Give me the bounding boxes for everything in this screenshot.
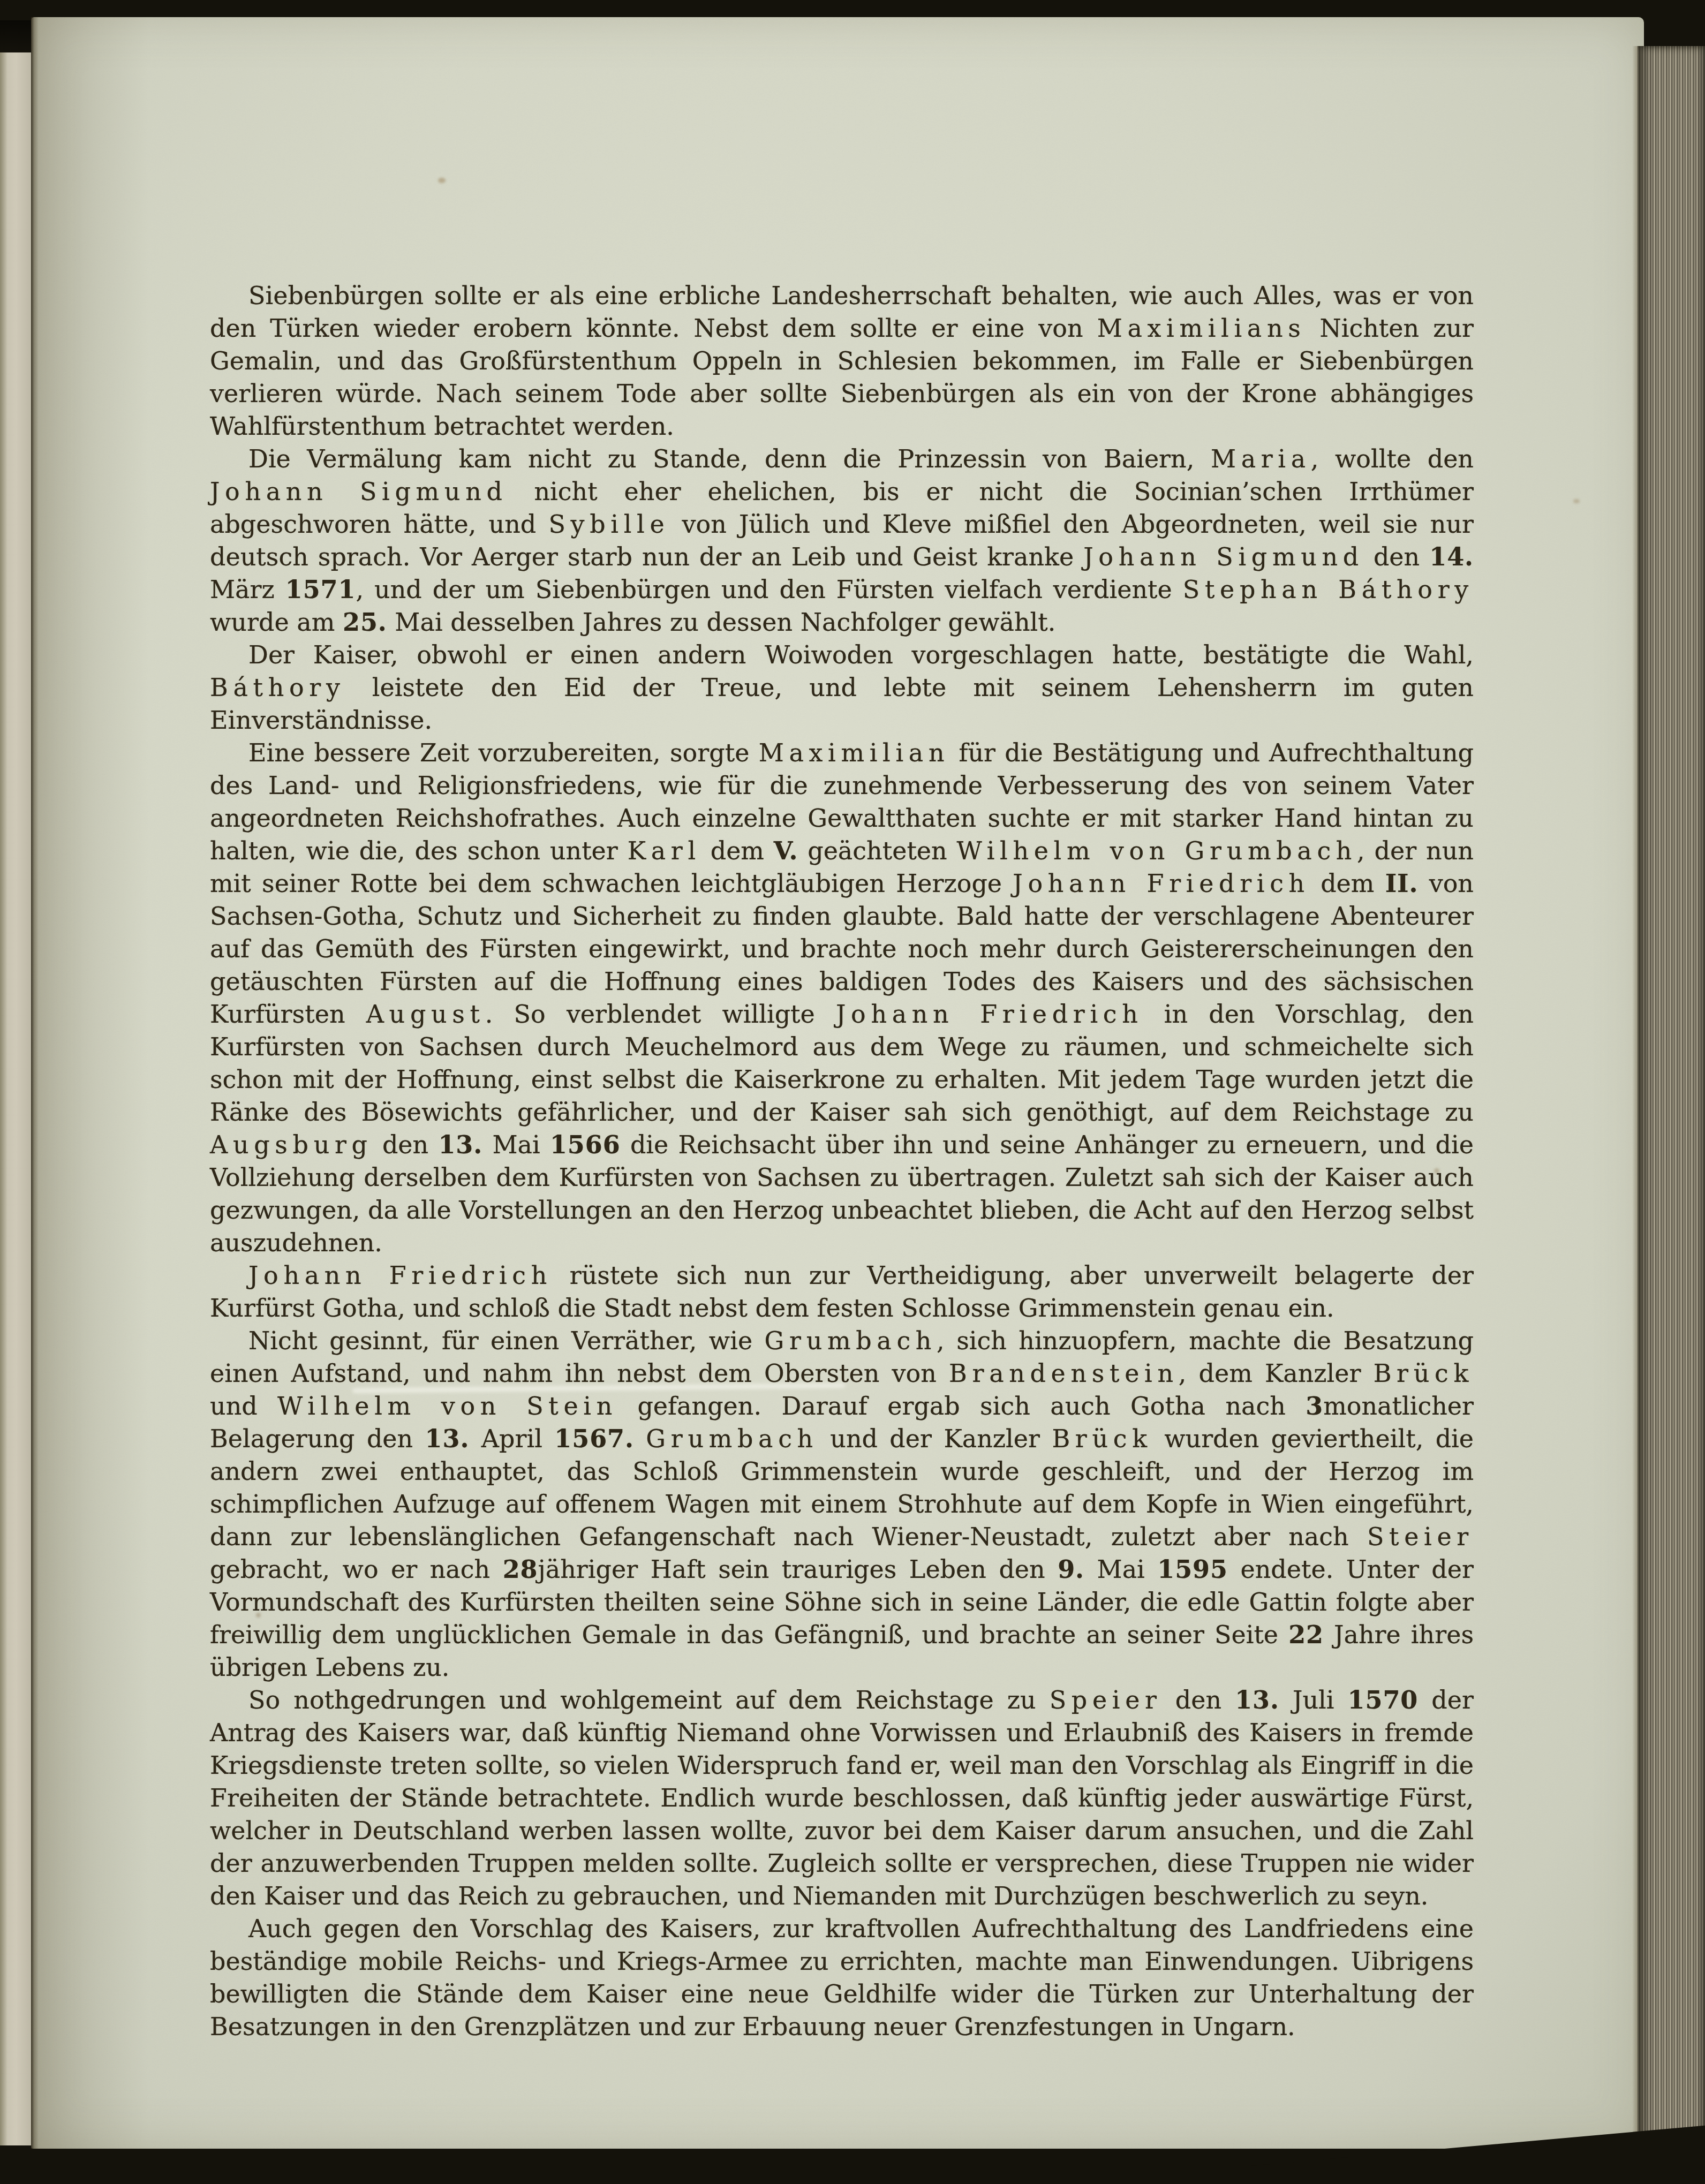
body-text: Auch gegen den Vorschlag des Kaisers, zu… <box>210 1914 1474 2041</box>
bold-numeral: 13. <box>438 1130 482 1159</box>
body-text: den <box>1364 542 1429 571</box>
spaced-name: Stephan Báthory <box>1183 575 1474 604</box>
bold-numeral: 13. <box>1235 1686 1279 1714</box>
left-page-edge <box>0 52 31 2145</box>
body-text: , wollte den <box>1311 444 1474 473</box>
body-text: So nothgedrungen und wohlgemeint auf dem… <box>248 1686 1050 1714</box>
body-text: Die Vermälung kam nicht zu Stande, denn … <box>248 444 1211 473</box>
body-text: dem <box>701 836 774 865</box>
paragraph: Siebenbürgen sollte er als eine erbliche… <box>210 279 1474 443</box>
body-text: leistete den Eid der Treue, und lebte mi… <box>210 673 1474 735</box>
spaced-name: Maximilian <box>759 738 950 767</box>
body-text: dem <box>1310 869 1385 898</box>
book-page: Siebenbürgen sollte er als eine erbliche… <box>31 17 1644 2149</box>
bold-numeral: 13. <box>425 1424 470 1453</box>
body-text <box>634 1424 646 1453</box>
body-text: , dem Kanzler <box>1179 1359 1374 1388</box>
spaced-name: Johann Friedrich <box>1013 869 1310 898</box>
body-text: März <box>210 575 285 604</box>
spaced-name: Speier <box>1050 1686 1162 1714</box>
spaced-name: Sybille <box>548 510 669 539</box>
spaced-name: Maximilians <box>1097 314 1306 343</box>
body-text: Nicht gesinnt, für einen Verräther, wie <box>248 1326 765 1355</box>
spaced-name: Augsburg <box>210 1130 373 1159</box>
body-text: Eine bessere Zeit vorzubereiten, sorgte <box>248 738 759 767</box>
body-text: geächteten <box>798 836 956 865</box>
spaced-name: Brandenstein <box>949 1359 1179 1388</box>
gutter-crease <box>31 17 39 2149</box>
bold-numeral: 9. <box>1058 1555 1084 1584</box>
spaced-name: August <box>366 1000 485 1029</box>
spaced-name: Báthory <box>210 673 345 702</box>
bold-numeral: V. <box>774 836 798 865</box>
bold-numeral: 22 <box>1288 1620 1324 1649</box>
body-text: , und der um Siebenbürgen und den Fürste… <box>356 575 1182 604</box>
body-text: und <box>210 1392 277 1420</box>
bold-numeral: 1595 <box>1157 1555 1228 1584</box>
paragraph: Auch gegen den Vorschlag des Kaisers, zu… <box>210 1913 1474 2043</box>
body-text: gefangen. Darauf ergab sich auch Gotha n… <box>617 1392 1306 1420</box>
bold-numeral: 28 <box>503 1555 538 1584</box>
paragraph: Der Kaiser, obwohl er einen andern Woiwo… <box>210 639 1474 737</box>
spaced-name: Maria <box>1211 444 1311 473</box>
body-text: jähriger Haft sein trauriges Leben den <box>538 1555 1058 1584</box>
body-text: Mai desselben Jahres zu dessen Nachfolge… <box>387 608 1056 637</box>
body-text: gebracht, wo er nach <box>210 1555 503 1584</box>
bold-numeral: 25. <box>343 608 387 637</box>
paragraph: Eine bessere Zeit vorzubereiten, sorgte … <box>210 737 1474 1259</box>
text-block: Siebenbürgen sollte er als eine erbliche… <box>210 279 1474 2043</box>
bold-numeral: 1566 <box>550 1130 621 1159</box>
spaced-name: Karl <box>628 836 701 865</box>
body-text: Mai <box>1084 1555 1157 1584</box>
spaced-name: Johann Sigmund <box>1083 542 1364 571</box>
spaced-name: Wilhelm von Stein <box>277 1392 617 1420</box>
spaced-name: Brück <box>1374 1359 1474 1388</box>
body-text: Mai <box>482 1130 550 1159</box>
body-text: den <box>373 1130 439 1159</box>
body-text: April <box>469 1424 554 1453</box>
bold-numeral: 1567. <box>554 1424 634 1453</box>
paragraph: So nothgedrungen und wohlgemeint auf dem… <box>210 1684 1474 1913</box>
body-text: wurde am <box>210 608 343 637</box>
bold-numeral: II. <box>1385 869 1419 898</box>
spaced-name: Brück <box>1052 1424 1152 1453</box>
body-text: und der Kanzler <box>818 1424 1052 1453</box>
fore-edge-pages <box>1638 46 1705 2141</box>
bold-numeral: 1570 <box>1348 1686 1419 1714</box>
paragraph: Johann Friedrich rüstete sich nun zur Ve… <box>210 1259 1474 1325</box>
foxing-spot <box>1573 499 1580 503</box>
gutter-shadow <box>31 17 149 2149</box>
spaced-name: Grumbach <box>765 1326 937 1355</box>
body-text: . So verblendet willigte <box>485 1000 836 1029</box>
body-text: Juli <box>1279 1686 1348 1714</box>
spaced-name: Steier <box>1367 1522 1474 1551</box>
bold-numeral: 1571 <box>285 575 356 604</box>
body-text: der Antrag des Kaisers war, daß künftig … <box>210 1686 1474 1910</box>
bold-numeral: 3 <box>1306 1392 1323 1420</box>
spaced-name: Wilhelm von Grumbach <box>957 836 1357 865</box>
book-photo: Siebenbürgen sollte er als eine erbliche… <box>0 0 1705 2184</box>
body-text: den <box>1162 1686 1235 1714</box>
spaced-name: Johann Friedrich <box>836 1000 1143 1029</box>
spaced-name: Grumbach <box>646 1424 818 1453</box>
spaced-name: Johann Sigmund <box>210 477 508 506</box>
body-text: Der Kaiser, obwohl er einen andern Woiwo… <box>248 640 1474 669</box>
paragraph: Nicht gesinnt, für einen Verräther, wie … <box>210 1325 1474 1684</box>
spaced-name: Johann Friedrich <box>248 1261 552 1290</box>
bold-numeral: 14. <box>1429 542 1474 571</box>
paragraph: Die Vermälung kam nicht zu Stande, denn … <box>210 443 1474 639</box>
foxing-spot <box>438 178 446 183</box>
